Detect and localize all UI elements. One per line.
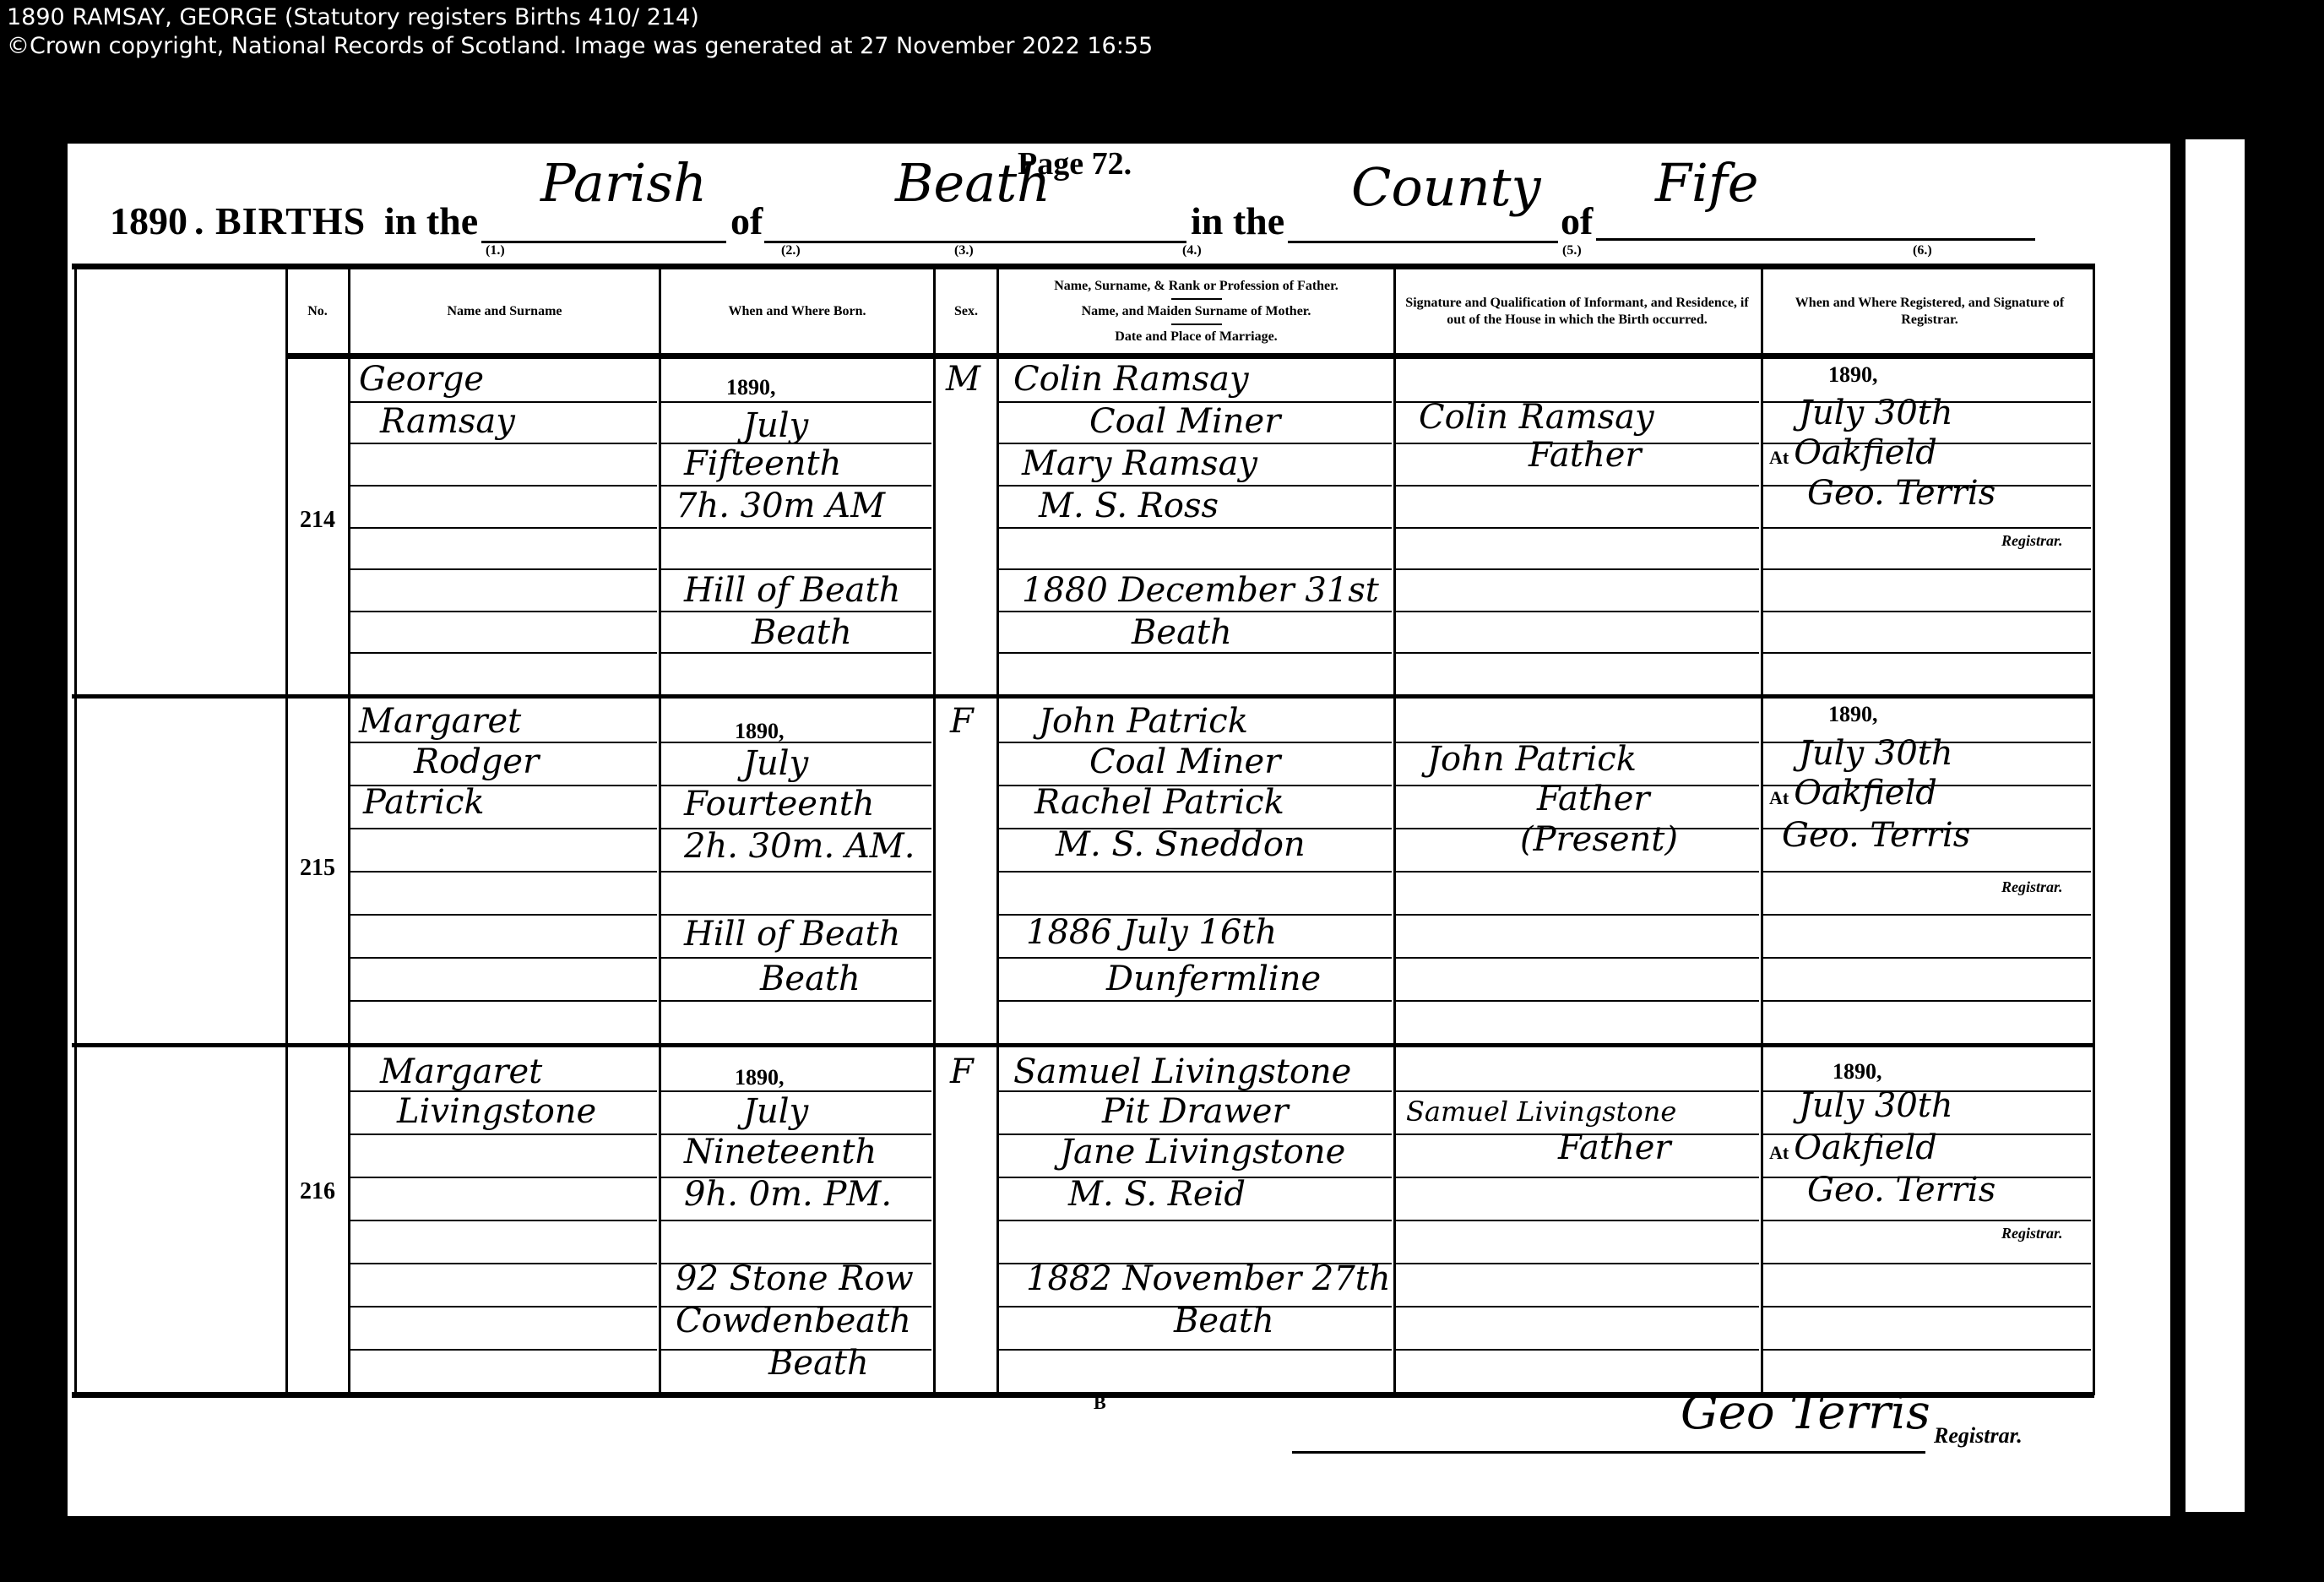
- ruled-line: [350, 828, 657, 829]
- in-the-label: in the: [384, 198, 478, 243]
- header-bottom-border: [287, 353, 2094, 359]
- ruled-line: [661, 527, 931, 529]
- ruled-line: [350, 1220, 657, 1221]
- ruled-line: [1396, 871, 1759, 873]
- ruled-line: [1396, 1349, 1759, 1351]
- ruled-line: [350, 443, 657, 444]
- child-name-line-2: Livingstone: [397, 1091, 596, 1132]
- registered-year: 1890,: [1828, 355, 1878, 395]
- header-registered: When and Where Registered, and Signature…: [1773, 270, 2086, 353]
- sex: M: [946, 359, 980, 400]
- marriage-place: Dunfermline: [1106, 959, 1321, 999]
- ruled-line: [1396, 1177, 1759, 1178]
- header-parents: Name, Surname, & Rank or Profession of F…: [999, 270, 1393, 353]
- child-name-line-1: Margaret: [380, 1052, 542, 1092]
- district-name: Beath: [895, 152, 1051, 214]
- father-occupation: Coal Miner: [1089, 742, 1280, 782]
- ruled-line: [350, 1177, 657, 1178]
- in-the-label-2: in the: [1191, 198, 1284, 243]
- registered-date: July 30th: [1799, 393, 1953, 433]
- marriage-place: Beath: [1174, 1301, 1274, 1341]
- ruled-line: [1763, 957, 2091, 959]
- ruled-line: [1763, 914, 2091, 916]
- ruled-line: [1396, 957, 1759, 959]
- ruled-line: [350, 957, 657, 959]
- header-marriage: Date and Place of Marriage.: [1115, 329, 1277, 345]
- header-mother: Name, and Maiden Surname of Mother.: [1082, 303, 1311, 320]
- born-day: Fifteenth: [684, 443, 841, 484]
- ruled-line: [1763, 1220, 2091, 1221]
- ruled-line: [1763, 652, 2091, 654]
- registered-date: July 30th: [1799, 733, 1953, 774]
- born-time: 2h. 30m. AM.: [684, 826, 915, 867]
- ruled-line: [999, 871, 1392, 873]
- col-line-parents: [1393, 264, 1396, 1395]
- ruled-line: [1396, 568, 1759, 570]
- area-type: County: [1351, 156, 1541, 218]
- col-line-informant: [1761, 264, 1763, 1395]
- informant-name: John Patrick: [1427, 739, 1637, 780]
- col-line-sex: [996, 264, 999, 1395]
- of-label-2: of: [1561, 198, 1593, 243]
- informant-qualification: Father: [1529, 435, 1642, 476]
- ruled-line: [1763, 611, 2091, 612]
- entry-number: 214: [300, 507, 335, 534]
- mother-maiden-name: M. S. Reid: [1068, 1174, 1246, 1215]
- ruled-line: [350, 611, 657, 612]
- header-name: Name and Surname: [350, 270, 659, 353]
- ruled-line: [1396, 485, 1759, 487]
- district-type: Parish: [540, 152, 707, 214]
- header-informant: Signature and Qualification of Informant…: [1402, 270, 1752, 353]
- ruled-line: [661, 401, 931, 403]
- entry-number: 216: [300, 1178, 335, 1205]
- registered-date: July 30th: [1799, 1085, 1953, 1126]
- informant-name: Colin Ramsay: [1419, 397, 1654, 438]
- ruled-line: [661, 1000, 931, 1002]
- child-name-line-1: Margaret: [359, 701, 521, 742]
- header-father: Name, Surname, & Rank or Profession of F…: [1054, 278, 1338, 295]
- ruled-line: [999, 1000, 1392, 1002]
- ruled-line: [1396, 1263, 1759, 1264]
- row-divider-214-215: [72, 694, 2094, 699]
- father-name: John Patrick: [1039, 701, 1248, 742]
- copyright-notice: ©Crown copyright, National Records of Sc…: [7, 32, 1153, 61]
- child-name-line-3: Patrick: [363, 782, 485, 823]
- born-place-2: Beath: [752, 612, 852, 653]
- ruled-line: [350, 1306, 657, 1307]
- ruled-line: [999, 1349, 1392, 1351]
- mother-maiden-name: M. S. Ross: [1039, 486, 1219, 526]
- ruled-line: [661, 1220, 931, 1221]
- registered-year: 1890,: [1828, 694, 1878, 735]
- record-title: 1890 RAMSAY, GEORGE (Statutory registers…: [7, 3, 699, 32]
- ruled-line: [350, 1349, 657, 1351]
- mother-name: Jane Livingstone: [1060, 1132, 1345, 1172]
- registered-place: AtOakfield: [1769, 432, 1937, 478]
- mother-name: Mary Ramsay: [1022, 443, 1257, 484]
- mother-maiden-name: M. S. Sneddon: [1056, 824, 1306, 865]
- sex: F: [950, 1052, 974, 1092]
- ruled-line: [1763, 568, 2091, 570]
- column-ref-6: (6.): [1913, 243, 1932, 258]
- ruled-line: [1763, 1000, 2091, 1002]
- left-border: [74, 264, 77, 1395]
- of-label: of: [730, 198, 763, 243]
- ruled-line: [1763, 871, 2091, 873]
- ruled-line: [1396, 1220, 1759, 1221]
- born-year: 1890,: [726, 367, 776, 408]
- born-month: July: [743, 405, 808, 446]
- ruled-line: [350, 485, 657, 487]
- born-month: July: [743, 1091, 808, 1132]
- column-ref-1: (1.): [486, 243, 505, 258]
- born-time: 9h. 0m. PM.: [684, 1174, 892, 1215]
- ruled-line: [999, 527, 1392, 529]
- registrar-label: Registrar.: [2001, 1225, 2063, 1242]
- child-name-line-2: Rodger: [414, 742, 539, 782]
- born-day: Fourteenth: [684, 784, 875, 824]
- ruled-line: [350, 1000, 657, 1002]
- row-divider-215-216: [72, 1043, 2094, 1047]
- registered-place: AtOakfield: [1769, 1128, 1937, 1173]
- registrar-signature: Geo Terris: [1681, 1385, 1930, 1440]
- informant-name: Samuel Livingstone: [1406, 1091, 1676, 1132]
- registrar-label: Registrar.: [2001, 532, 2063, 550]
- ruled-line: [350, 527, 657, 529]
- informant-qualification: Father: [1537, 779, 1650, 819]
- informant-qualification: Father: [1558, 1128, 1671, 1168]
- ruled-line: [1763, 1306, 2091, 1307]
- ruled-line: [1396, 1306, 1759, 1307]
- ruled-line: [1763, 1263, 2091, 1264]
- column-ref-4: (4.): [1182, 243, 1202, 258]
- ruled-line: [350, 871, 657, 873]
- child-name-line-1: George: [359, 359, 484, 400]
- marriage-date: 1880 December 31st: [1022, 570, 1379, 611]
- ruled-line: [1763, 527, 2091, 529]
- table-top-border: [72, 264, 2094, 269]
- born-place-3: Beath: [768, 1343, 869, 1384]
- column-ref-2: (2.): [781, 243, 801, 258]
- header-rule: [1171, 298, 1222, 300]
- registrar-label: Registrar.: [2001, 878, 2063, 896]
- ruled-line: [350, 1133, 657, 1135]
- sex: F: [950, 701, 974, 742]
- ruled-line: [350, 1263, 657, 1264]
- ruled-line: [1396, 652, 1759, 654]
- district-name-blank: [764, 241, 1186, 243]
- born-place-1: Hill of Beath: [684, 914, 900, 954]
- births-label: . BIRTHS: [194, 198, 366, 243]
- father-name: Colin Ramsay: [1013, 359, 1249, 400]
- ruled-line: [1396, 611, 1759, 612]
- born-place-1: 92 Stone Row: [676, 1259, 914, 1299]
- right-border: [2093, 264, 2095, 1395]
- district-type-blank: [481, 241, 726, 243]
- register-year: 1890: [110, 198, 187, 243]
- child-name-line-2: Ramsay: [380, 401, 515, 442]
- ruled-line: [350, 568, 657, 570]
- marriage-place: Beath: [1132, 612, 1232, 653]
- entry-number: 215: [300, 855, 335, 882]
- registered-place: AtOakfield: [1769, 773, 1937, 818]
- marriage-date: 1886 July 16th: [1026, 912, 1277, 953]
- ruled-line: [350, 914, 657, 916]
- area-type-blank: [1288, 241, 1558, 243]
- header-no: No.: [287, 270, 348, 353]
- col-line-born: [933, 264, 936, 1395]
- ruled-line: [1396, 914, 1759, 916]
- header-rule: [1171, 323, 1222, 325]
- marriage-date: 1882 November 27th: [1026, 1259, 1391, 1299]
- column-ref-5: (5.): [1562, 243, 1582, 258]
- registrar-signature-line: [1292, 1451, 1925, 1454]
- born-place-2: Beath: [760, 959, 861, 999]
- col-line-no: [348, 264, 350, 1395]
- col-line-name: [659, 264, 661, 1395]
- born-month: July: [743, 743, 808, 784]
- registrar-name: Geo. Terris: [1807, 473, 1995, 514]
- born-time: 7h. 30m AM: [676, 486, 885, 526]
- mother-name: Rachel Patrick: [1034, 782, 1284, 823]
- ruled-line: [661, 871, 931, 873]
- ruled-line: [1396, 527, 1759, 529]
- informant-present: (Present): [1520, 819, 1678, 860]
- born-place-2: Cowdenbeath: [676, 1301, 911, 1341]
- header-sex: Sex.: [936, 270, 996, 353]
- area-name-blank: [1596, 238, 2035, 241]
- registrar-signature-label: Registrar.: [1934, 1423, 2023, 1449]
- ruled-line: [1763, 1349, 2091, 1351]
- registrar-name: Geo. Terris: [1807, 1170, 1995, 1210]
- father-occupation: Coal Miner: [1089, 401, 1280, 442]
- born-day: Nineteenth: [684, 1132, 877, 1172]
- column-ref-3: (3.): [954, 243, 974, 258]
- header-born: When and Where Born.: [661, 270, 933, 353]
- born-place-1: Hill of Beath: [684, 570, 900, 611]
- page-mark: B: [1094, 1392, 1106, 1414]
- ruled-line: [999, 1220, 1392, 1221]
- father-occupation: Pit Drawer: [1102, 1091, 1289, 1132]
- father-name: Samuel Livingstone: [1013, 1052, 1351, 1092]
- ruled-line: [350, 652, 657, 654]
- ruled-line: [1396, 1000, 1759, 1002]
- area-name: Fife: [1655, 152, 1759, 214]
- scan-edge-strip: [2186, 139, 2245, 1512]
- registrar-name: Geo. Terris: [1782, 815, 1970, 856]
- col-line-margin: [285, 264, 288, 1395]
